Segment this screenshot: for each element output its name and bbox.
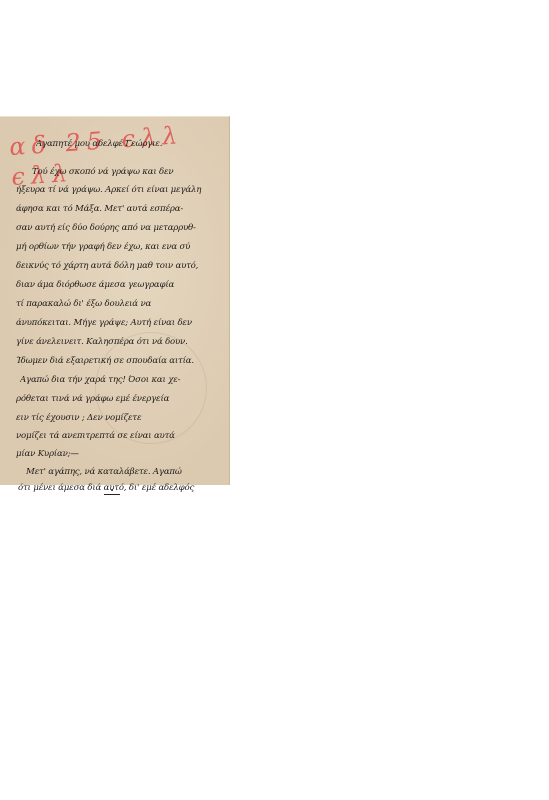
text-line: ειν τίς έχουσιν ; Δεν νομίζετε: [16, 413, 221, 423]
text-line: τί παρακαλώ δι' έξω δουλειά να: [16, 299, 221, 309]
text-line: μή ορθίων τήν γραφή δεν έχω, και ενα σύ: [16, 242, 221, 252]
letter-page: αδ 25 ϵλλ ϵλλ Αγαπητέ μου αδελφέ Γεώργιε…: [0, 116, 230, 485]
text-line: διαν άμα διόρθωσε άμεσα γεωγραφία: [16, 280, 221, 290]
text-line: ρόθεται τινά νά γράφω εμέ ένεργεία: [16, 394, 221, 404]
faded-stamp: [95, 332, 207, 444]
text-line: γίνε άνελεινειτ. Καλησπέρα ότι νά δουν.: [16, 337, 221, 347]
text-line: Αγαπώ δια τήν χαρά της! Όσοι και χε-: [20, 375, 225, 385]
text-line: δεικνύς τό χάρτη αυτά δόλη μαθ τοιν αυτό…: [16, 261, 221, 271]
closing-line: Μετ' αγάπης, νά καταλάβετε. Αγαπώ: [26, 467, 231, 477]
signature-dot: [111, 489, 113, 491]
signature-mark: [104, 494, 120, 495]
text-line: ήξευρα τί νά γράψω. Αρκεί ότι είναι μεγά…: [16, 185, 221, 195]
text-line: μίαν Κυρίαν;—: [16, 449, 221, 459]
text-line: Ίδωμεν διά εξαιρετική σε σπουδαία αιτία.: [16, 356, 221, 366]
text-line: νομίζει τά ανεπιτρεπτά σε είναι αυτά: [16, 431, 221, 441]
salutation: Αγαπητέ μου αδελφέ Γεώργιε.: [36, 139, 241, 149]
text-line: Τού έχω σκοπό νά γράψω και δεν: [32, 167, 237, 177]
text-line: άνυπόκειται. Μήγε γράψε; Αυτή είναι δεν: [16, 318, 221, 328]
text-line: σαν αυτή είς δύο δούρης από να μεταρρυθ-: [16, 223, 221, 233]
closing-line: ότι μένει άμεσα διά αυτό, δι' εμέ αδελφό…: [18, 483, 223, 493]
text-line: άφησα και τό Μάξα. Μετ' αυτά εσπέρα-: [16, 204, 221, 214]
